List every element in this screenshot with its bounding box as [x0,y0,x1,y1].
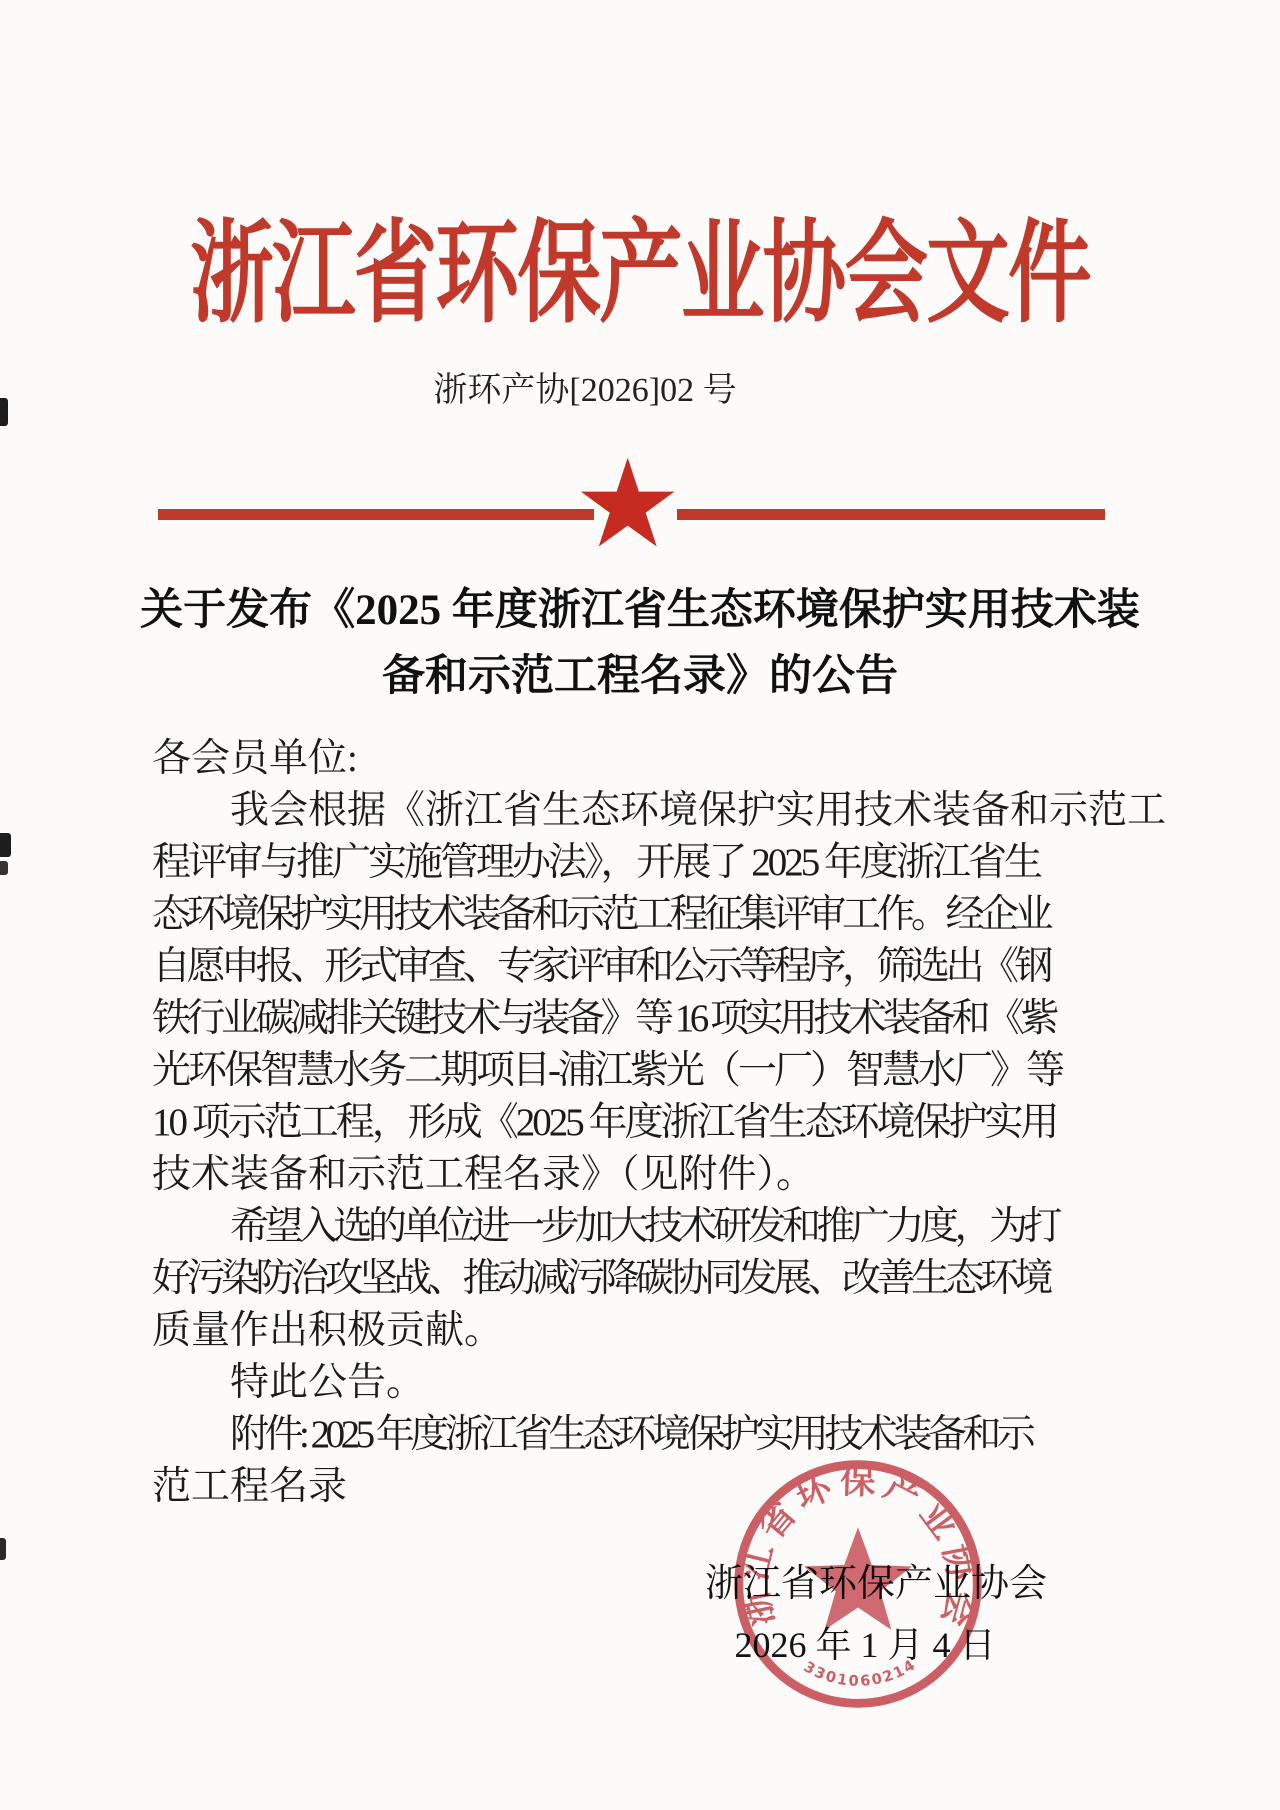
body-line: 光环保智慧水务二期项目-浦江紫光（一厂）智慧水厂》等 [152,1045,1077,1097]
official-seal: 浙江省环保产业协会 3301060214604 [726,1452,990,1716]
scan-artifact [0,833,11,857]
notice-title: 关于发布《2025 年度浙江省生态环境保护实用技术装 备和示范工程名录》的公告 [0,578,1280,710]
body-line: 10 项示范工程，形成《2025 年度浙江省生态环境保护实用 [152,1097,1077,1149]
body-line: 程评审与推广实施管理办法》，开展了 2025 年度浙江省生 [152,837,1077,889]
body-line: 自愿申报、形式审查、专家评审和公示等程序，筛选出《钢 [152,941,1077,993]
divider-bar-right [677,509,1105,520]
notice-title-line-2: 备和示范工程名录》的公告 [0,644,1280,710]
notice-body: 各会员单位: 我会根据《浙江省生态环境保护实用技术装备和示范工 程评审与推广实施… [152,733,1077,1513]
document-number: 浙环产协[2026]02 号 [0,362,1225,411]
body-line: 希望入选的单位进一步加大技术研发和推广力度，为打 [152,1201,1077,1253]
body-line: 好污染防治攻坚战、推动减污降碳协同发展、改善生态环境 [152,1253,1077,1305]
body-line: 铁行业碳减排关键技术与装备》等 16 项实用技术装备和《紫 [152,993,1077,1045]
scan-artifact [0,1538,6,1560]
body-line: 各会员单位: [152,733,1077,785]
seal-star-icon [804,1527,912,1630]
body-line: 我会根据《浙江省生态环境保护实用技术装备和示范工 [152,785,1077,837]
scan-artifact [0,861,8,875]
red-divider: ★ [158,465,1105,595]
body-line: 质量作出积极贡献。 [152,1305,1077,1357]
scan-artifact [0,398,8,426]
notice-title-line-1: 关于发布《2025 年度浙江省生态环境保护实用技术装 [0,578,1280,644]
body-line: 态环境保护实用技术装备和示范工程征集评审工作。经企业 [152,889,1077,941]
body-line: 技术装备和示范工程名录》（见附件）。 [152,1149,1077,1201]
body-line: 特此公告。 [152,1357,1077,1409]
divider-bar-left [158,509,594,520]
document-page: 浙江省环保产业协会文件 浙环产协[2026]02 号 ★ 关于发布《2025 年… [0,0,1280,1810]
star-icon: ★ [573,443,682,565]
masthead-title: 浙江省环保产业协会文件 [83,185,1197,344]
